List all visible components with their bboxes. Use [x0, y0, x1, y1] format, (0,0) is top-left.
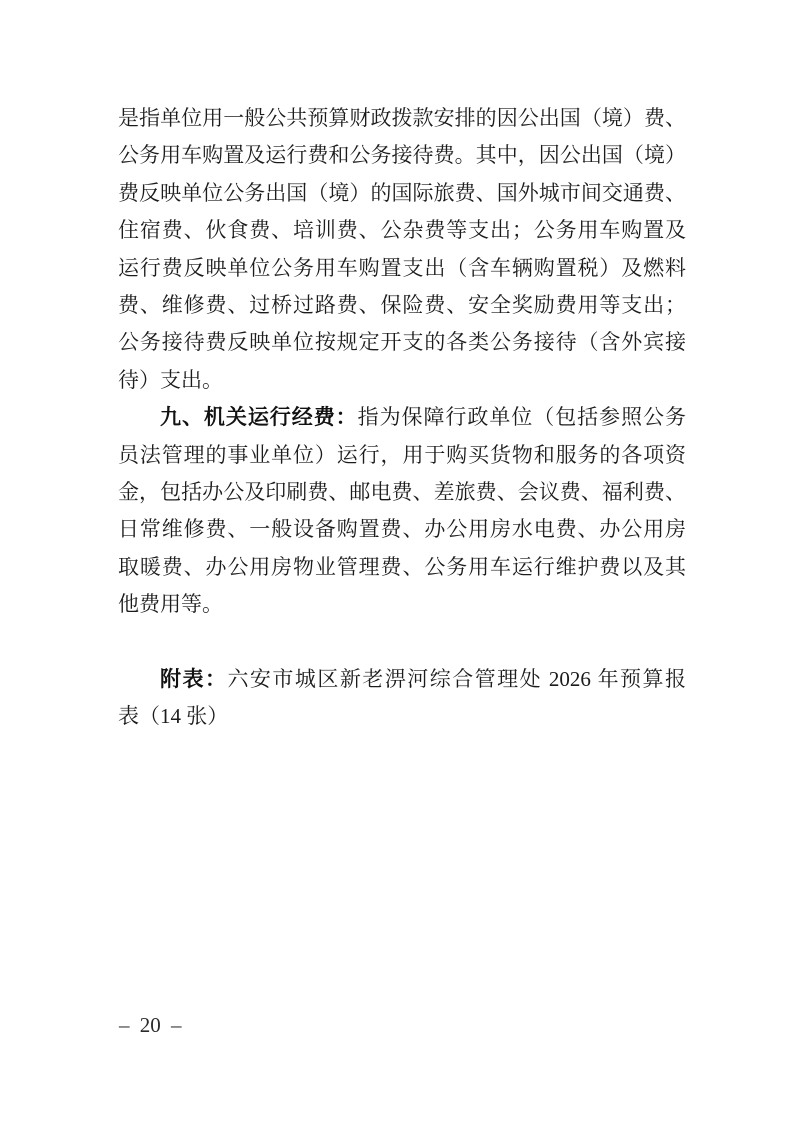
text-line: 九、机关运行经费：指为保障行政单位（包括参照公务	[118, 399, 686, 436]
paragraph-lead: 九、机关运行经费：	[160, 405, 358, 429]
paragraph-lead: 附表：	[160, 667, 227, 691]
text-line: 待）支出。	[118, 362, 686, 399]
text-line: 他费用等。	[118, 586, 686, 623]
text-line: 取暖费、办公用房物业管理费、公务用车运行维护费以及其	[118, 549, 686, 586]
paragraph-3: 附表：六安市城区新老淠河综合管理处 2026 年预算报表（14 张）	[118, 661, 686, 736]
text-line: 公务用车购置及运行费和公务接待费。其中，因公出国（境）	[118, 137, 686, 174]
paragraph-1: 是指单位用一般公共预算财政拨款安排的因公出国（境）费、公务用车购置及运行费和公务…	[118, 100, 686, 399]
text-line: 日常维修费、一般设备购置费、办公用房水电费、办公用房	[118, 511, 686, 548]
text-line: 费、维修费、过桥过路费、保险费、安全奖励费用等支出；	[118, 287, 686, 324]
document-body: 是指单位用一般公共预算财政拨款安排的因公出国（境）费、公务用车购置及运行费和公务…	[118, 100, 686, 736]
text-line: 附表：六安市城区新老淠河综合管理处 2026 年预算报	[118, 661, 686, 698]
text-line: 住宿费、伙食费、培训费、公杂费等支出；公务用车购置及	[118, 212, 686, 249]
text-line: 表（14 张）	[118, 698, 686, 735]
text-line: 运行费反映单位公务用车购置支出（含车辆购置税）及燃料	[118, 250, 686, 287]
paragraph-2: 九、机关运行经费：指为保障行政单位（包括参照公务员法管理的事业单位）运行，用于购…	[118, 399, 686, 623]
document-page: 是指单位用一般公共预算财政拨款安排的因公出国（境）费、公务用车购置及运行费和公务…	[0, 0, 793, 1122]
text-line: 公务接待费反映单位按规定开支的各类公务接待（含外宾接	[118, 324, 686, 361]
text-line: 费反映单位公务出国（境）的国际旅费、国外城市间交通费、	[118, 175, 686, 212]
text-line: 员法管理的事业单位）运行，用于购买货物和服务的各项资	[118, 437, 686, 474]
text-line: 金，包括办公及印刷费、邮电费、差旅费、会议费、福利费、	[118, 474, 686, 511]
page-number: – 20 –	[119, 1012, 182, 1038]
text-line: 是指单位用一般公共预算财政拨款安排的因公出国（境）费、	[118, 100, 686, 137]
